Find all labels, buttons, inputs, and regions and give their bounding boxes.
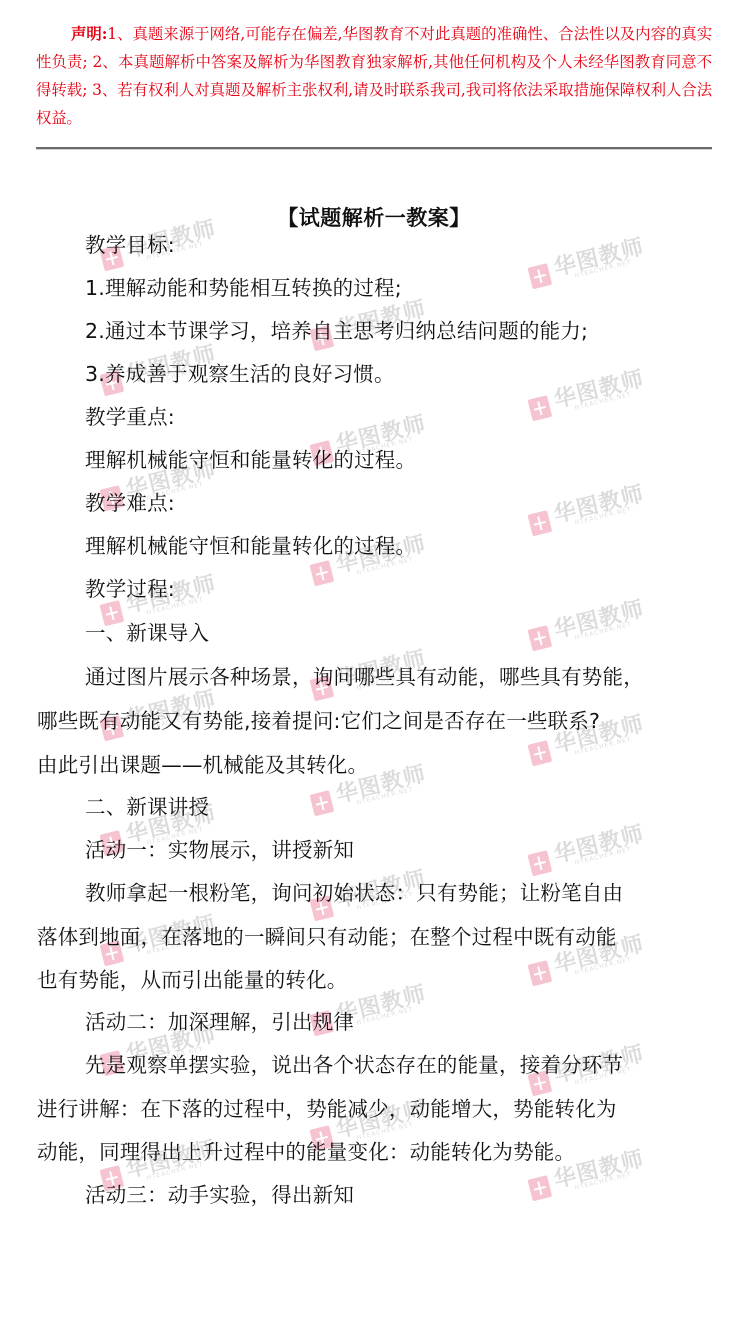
section-heading-difficulties: 教学难点: [85, 486, 175, 516]
watermark-logo: 华图教师HTEACHER.NET [524, 470, 662, 548]
activity-heading: 活动一：实物展示，讲授新知 [85, 833, 354, 863]
watermark-text: 华图教师 [550, 477, 647, 529]
watermark-text: 华图教师 [550, 362, 647, 414]
header-divider [36, 147, 712, 150]
watermark-subtext: HTEACHER.NET [574, 259, 632, 280]
subsection-heading: 二、新课讲授 [85, 790, 209, 820]
watermark-text: 华图教师 [550, 592, 647, 644]
paragraph-line: 先是观察单摆实验，说出各个状态存在的能量，接着分环节 [85, 1048, 623, 1078]
watermark-logo-icon [528, 263, 553, 289]
watermark-logo-icon [310, 790, 335, 816]
watermark-logo-icon [528, 740, 553, 766]
subsection-heading: 一、新课导入 [85, 616, 209, 646]
paragraph-line: 也有势能，从而引出能量的转化。 [37, 963, 348, 993]
watermark-text: 华图教师 [550, 230, 647, 282]
disclaimer: 声明:1、真题来源于网络,可能存在偏差,华图教育不对此真题的准确性、合法性以及内… [36, 20, 712, 132]
paragraph-line: 进行讲解：在下落的过程中，势能减少，动能增大，势能转化为 [37, 1092, 617, 1122]
paragraph-line: 落体到地面，在落地的一瞬间只有动能；在整个过程中既有动能 [37, 920, 617, 950]
paragraph-line: 动能，同理得出上升过程中的能量变化：动能转化为势能。 [37, 1135, 575, 1165]
watermark-text: 华图教师 [550, 817, 647, 869]
watermark-logo-icon [528, 1175, 553, 1201]
watermark-logo: 华图教师HTEACHER.NET [524, 585, 662, 663]
watermark-logo-icon [528, 850, 553, 876]
watermark-logo: 华图教师HTEACHER.NET [524, 223, 662, 301]
watermark-logo: 华图教师HTEACHER.NET [524, 355, 662, 433]
watermark-subtext: HTEACHER.NET [574, 506, 632, 527]
activity-heading: 活动三：动手实验，得出新知 [85, 1178, 354, 1208]
objective-item: 2.通过本节课学习，培养自主思考归纳总结问题的能力; [85, 314, 588, 344]
section-heading-key-points: 教学重点: [85, 400, 175, 430]
paragraph-line: 哪些既有动能又有势能,接着提问:它们之间是否存在一些联系? [37, 704, 600, 734]
watermark-subtext: HTEACHER.NET [574, 846, 632, 867]
watermark-subtext: HTEACHER.NET [574, 621, 632, 642]
section-heading-process: 教学过程: [85, 572, 175, 602]
watermark-subtext: HTEACHER.NET [574, 1171, 632, 1192]
paragraph-line: 教师拿起一根粉笔，询问初始状态：只有势能；让粉笔自由 [85, 876, 623, 906]
section-heading-objectives: 教学目标: [85, 228, 175, 258]
watermark-subtext: HTEACHER.NET [356, 786, 414, 807]
watermark-logo-icon [528, 510, 553, 536]
watermark-subtext: HTEACHER.NET [574, 391, 632, 412]
watermark-logo-icon [310, 560, 335, 586]
watermark-subtext: HTEACHER.NET [574, 956, 632, 977]
paragraph: 理解机械能守恒和能量转化的过程。 [85, 443, 416, 473]
paragraph: 理解机械能守恒和能量转化的过程。 [85, 529, 416, 559]
watermark-subtext: HTEACHER.NET [356, 1006, 414, 1027]
watermark-subtext: HTEACHER.NET [574, 736, 632, 757]
watermark-logo-icon [528, 960, 553, 986]
watermark-logo-icon [528, 625, 553, 651]
watermark-logo-icon [528, 395, 553, 421]
paragraph-line: 由此引出课题——机械能及其转化。 [37, 748, 368, 778]
objective-item: 1.理解动能和势能相互转换的过程; [85, 271, 402, 301]
paragraph-line: 通过图片展示各种场景，询问哪些具有动能，哪些具有势能， [85, 660, 644, 690]
activity-heading: 活动二：加深理解，引出规律 [85, 1005, 354, 1035]
disclaimer-text: 1、真题来源于网络,可能存在偏差,华图教育不对此真题的准确性、合法性以及内容的真… [36, 25, 712, 127]
objective-item: 3.养成善于观察生活的良好习惯。 [85, 357, 395, 387]
disclaimer-lead: 声明: [71, 25, 107, 43]
